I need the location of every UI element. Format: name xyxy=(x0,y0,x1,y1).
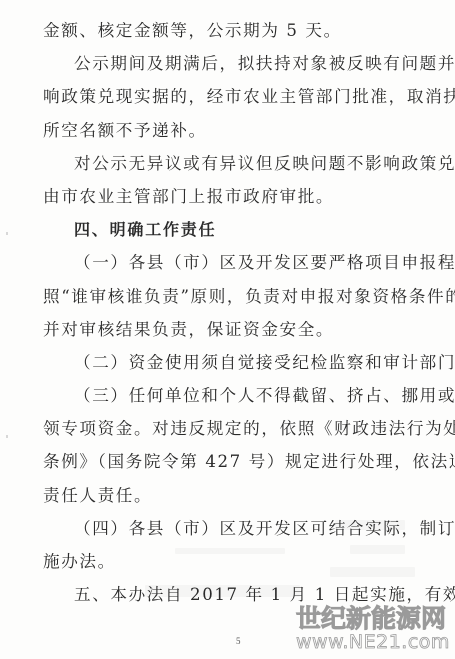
watermark-url: www.NE21.com xyxy=(296,632,446,652)
text-line: 由市农业主管部门上报市政府审批。 xyxy=(43,180,428,213)
text-line: 公示期间及期满后，拟扶持对象被反映有问题并查有影 xyxy=(43,47,428,80)
text-line: 施办法。 xyxy=(43,545,428,578)
text-line: 金额、核定金额等，公示期为 5 天。 xyxy=(43,14,428,47)
text-line: （三）任何单位和个人不得截留、挤占、挪用或虚报冒 xyxy=(43,379,428,412)
text-line: 责任人责任。 xyxy=(43,479,428,512)
watermark-site-name: 世纪新能源网 xyxy=(296,606,446,632)
section-heading: 四、明确工作责任 xyxy=(43,213,428,246)
text-line: 对公示无异议或有异议但反映问题不影响政策兑现的， xyxy=(43,147,428,180)
document-page: 金额、核定金额等，公示期为 5 天。 公示期间及期满后，拟扶持对象被反映有问题并… xyxy=(0,0,455,659)
text-line: 条例》（国务院令第 427 号）规定进行处理，依法追究有关 xyxy=(43,445,428,478)
document-body: 金额、核定金额等，公示期为 5 天。 公示期间及期满后，拟扶持对象被反映有问题并… xyxy=(43,14,428,611)
margin-mark xyxy=(6,435,8,438)
margin-mark xyxy=(6,232,8,235)
text-line: 并对审核结果负责，保证资金安全。 xyxy=(43,313,428,346)
text-line: （二）资金使用须自觉接受纪检监察和审计部门监督。 xyxy=(43,346,428,379)
text-line: 领专项资金。对违反规定的，依照《财政违法行为处罚处分 xyxy=(43,412,428,445)
page-number: 5 xyxy=(236,636,241,646)
watermark: 世纪新能源网 www.NE21.com xyxy=(296,606,446,652)
text-line: 响政策兑现实据的，经市农业主管部门批准，取消扶持资格， xyxy=(43,80,428,113)
text-line: 照“谁审核谁负责”原则，负责对申报对象资格条件的审核， xyxy=(43,280,428,313)
text-line: （一）各县（市）区及开发区要严格项目申报程序，按 xyxy=(43,246,428,279)
text-line: 所空名额不予递补。 xyxy=(43,114,428,147)
text-line: （四）各县（市）区及开发区可结合实际，制订具体实 xyxy=(43,512,428,545)
